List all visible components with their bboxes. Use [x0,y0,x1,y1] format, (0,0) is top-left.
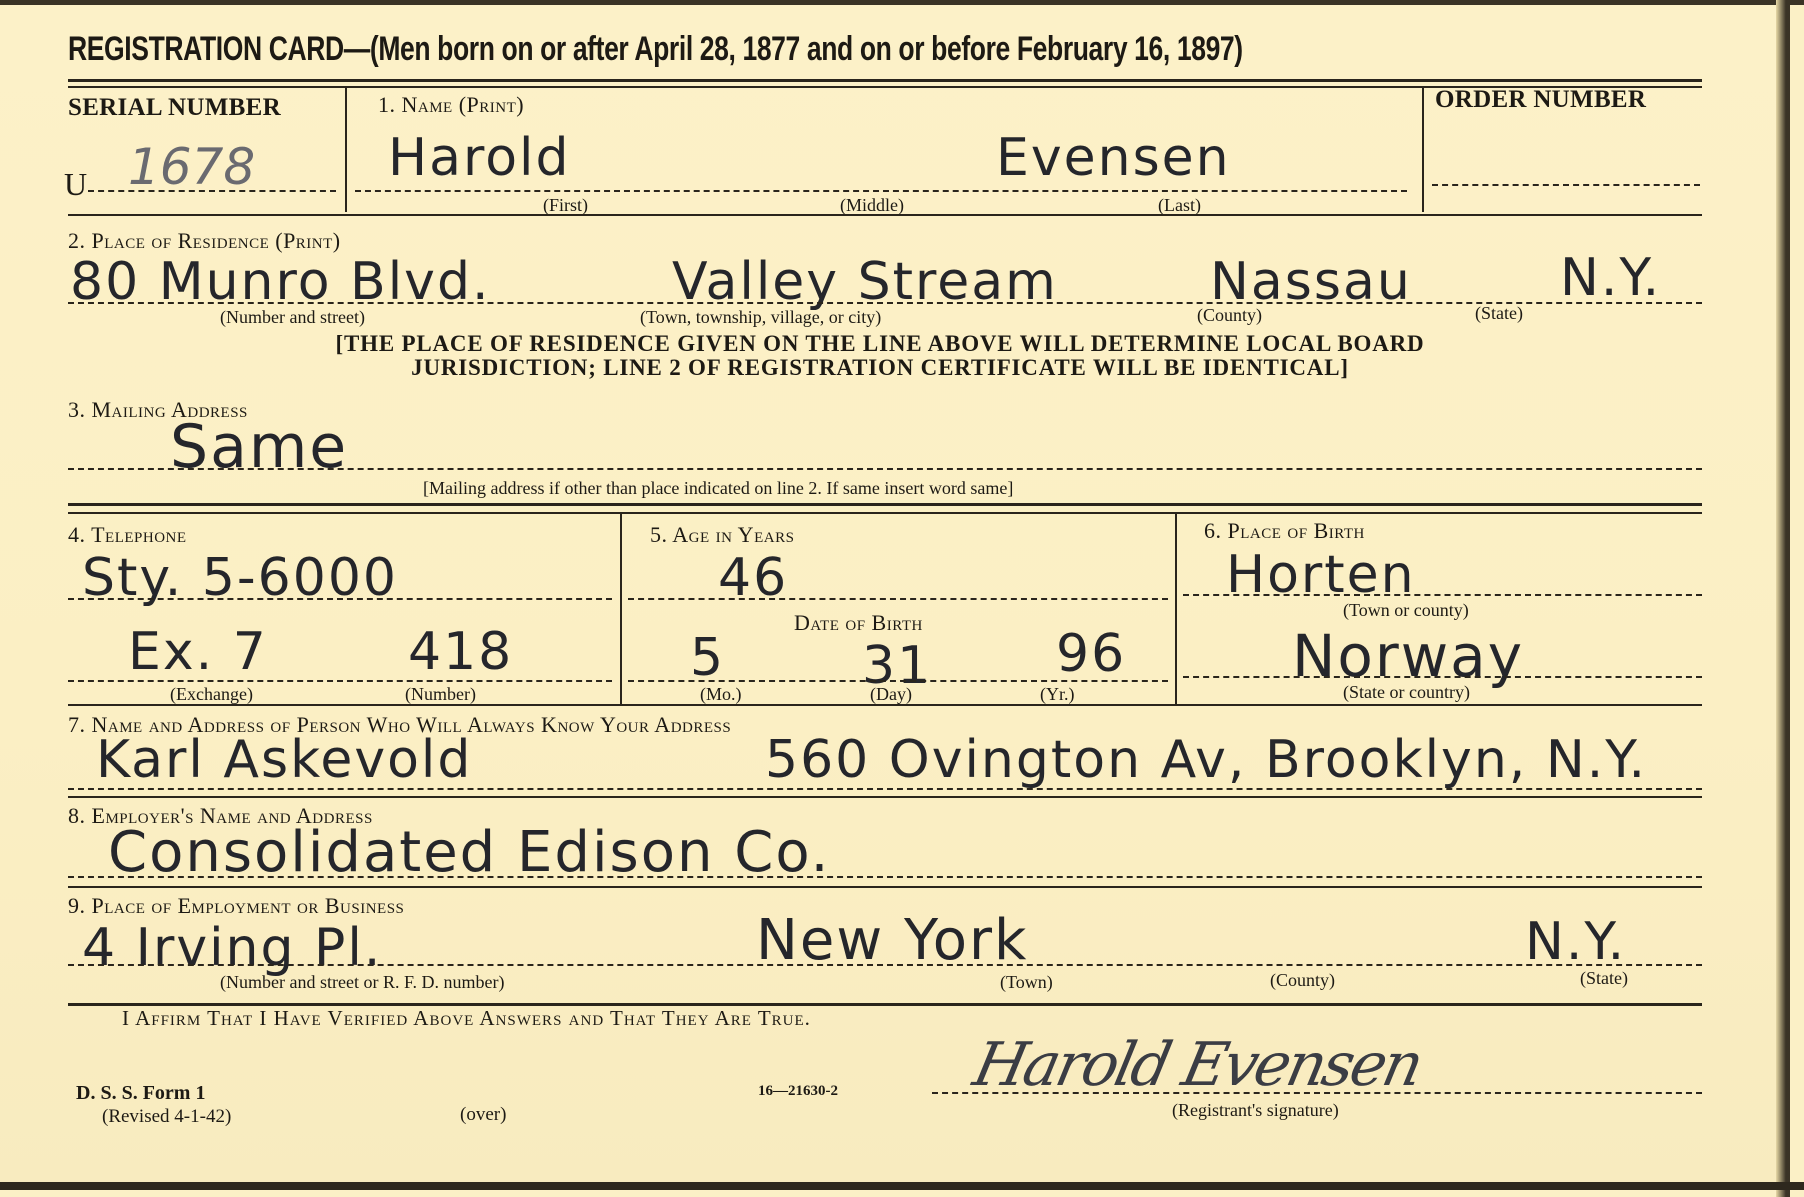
registrant-signature: Harold Evensen [968,1030,1427,1100]
jurisdiction-notice-line2: JURISDICTION; LINE 2 OF REGISTRATION CER… [170,356,1590,380]
residence-county-caption: (County) [1197,305,1262,326]
first-caption: (First) [543,195,588,216]
card-bottom-edge [0,1182,1804,1190]
row8-rule [68,886,1702,888]
order-number-label: ORDER NUMBER [1435,86,1646,114]
contact-line [68,788,1702,790]
employment-line [68,964,1702,966]
serial-number-value: 1678 [128,138,255,196]
serial-number-label: SERIAL NUMBER [68,94,281,122]
form-name: D. S. S. Form 1 [76,1082,205,1105]
phone-age-divider [620,514,622,704]
birth-town-caption: (Town or county) [1343,600,1469,621]
registration-card: REGISTRATION CARD—(Men born on or after … [0,0,1790,1190]
dob-day-caption: (Day) [870,684,912,705]
employment-town-caption: (Town) [1000,972,1053,993]
age-label: 5. Age in Years [650,522,794,548]
jurisdiction-notice: [THE PLACE OF RESIDENCE GIVEN ON THE LIN… [170,332,1590,380]
employment-street-caption: (Number and street or R. F. D. number) [220,972,505,993]
card-title: REGISTRATION CARD—(Men born on or after … [68,30,1243,69]
dob-line [628,680,1168,682]
serial-divider [345,88,347,212]
order-line [1432,184,1700,186]
employment-state-caption: (State) [1580,968,1628,989]
dob-month-caption: (Mo.) [700,684,742,705]
residence-street-caption: (Number and street) [220,307,365,328]
residence-line [68,302,1702,304]
mailing-rule-bottom [68,512,1702,514]
age-birth-divider [1175,514,1177,704]
title-rule-top [68,79,1702,82]
telephone-label: 4. Telephone [68,522,187,548]
age-line [628,598,1168,600]
mailing-caption: [Mailing address if other than place ind… [423,478,1013,499]
dob-month-value: 5 [690,628,725,688]
employment-place-label: 9. Place of Employment or Business [68,893,404,919]
dob-year-value: 96 [1056,624,1126,684]
birth-town-line [1183,594,1702,596]
contact-name-value: Karl Askevold [96,730,472,790]
contact-address-value: 560 Ovington Av, Brooklyn, N.Y. [765,730,1647,790]
employment-street-value: 4 Irving Pl. [82,918,382,978]
employment-county-caption: (County) [1270,970,1335,991]
name-label: 1. Name (Print) [378,92,524,118]
name-line [355,190,1407,192]
last-caption: (Last) [1158,195,1201,216]
residence-label: 2. Place of Residence (Print) [68,228,341,254]
row1-rule [68,214,1702,216]
birth-country-line [1183,676,1702,678]
order-divider [1422,88,1424,212]
dob-year-caption: (Yr.) [1040,684,1075,705]
card-top-edge [0,0,1804,5]
residence-state-caption: (State) [1475,303,1523,324]
birth-country-value: Norway [1292,622,1524,690]
birth-country-caption: (State or country) [1343,682,1470,703]
row7-rule [68,796,1702,798]
telephone-line1 [68,598,612,600]
telephone-number-value: 418 [408,622,513,682]
date-of-birth-label: Date of Birth [794,610,923,636]
last-name-value: Evensen [996,128,1231,188]
middle-caption: (Middle) [840,195,904,216]
mailing-rule-top [68,503,1702,506]
birth-town-value: Horten [1226,545,1416,605]
first-name-value: Harold [388,128,570,188]
exchange-caption: (Exchange) [170,684,253,705]
over-note: (over) [460,1104,506,1126]
mailing-line [68,468,1702,470]
employer-line [68,876,1702,878]
mailing-address-value: Same [170,412,348,482]
print-code: 16—21630-2 [758,1083,838,1100]
serial-line [88,190,336,192]
telephone-line2 [68,680,612,682]
card-right-edge [1776,0,1790,1197]
residence-town-caption: (Town, township, village, or city) [640,307,881,328]
employment-state-value: N.Y. [1525,912,1626,972]
number-caption: (Number) [405,684,476,705]
telephone-exchange-value: Ex. 7 [128,622,268,682]
serial-prefix: U [64,166,87,203]
residence-state-value: N.Y. [1560,248,1661,308]
affirmation-text: I Affirm That I Have Verified Above Answ… [122,1006,811,1031]
row4-rule [68,704,1702,706]
signature-line [932,1092,1702,1094]
signature-caption: (Registrant's signature) [1172,1100,1339,1121]
form-revised: (Revised 4-1-42) [102,1106,231,1128]
jurisdiction-notice-line1: [THE PLACE OF RESIDENCE GIVEN ON THE LIN… [170,332,1590,356]
place-of-birth-label: 6. Place of Birth [1204,518,1365,544]
